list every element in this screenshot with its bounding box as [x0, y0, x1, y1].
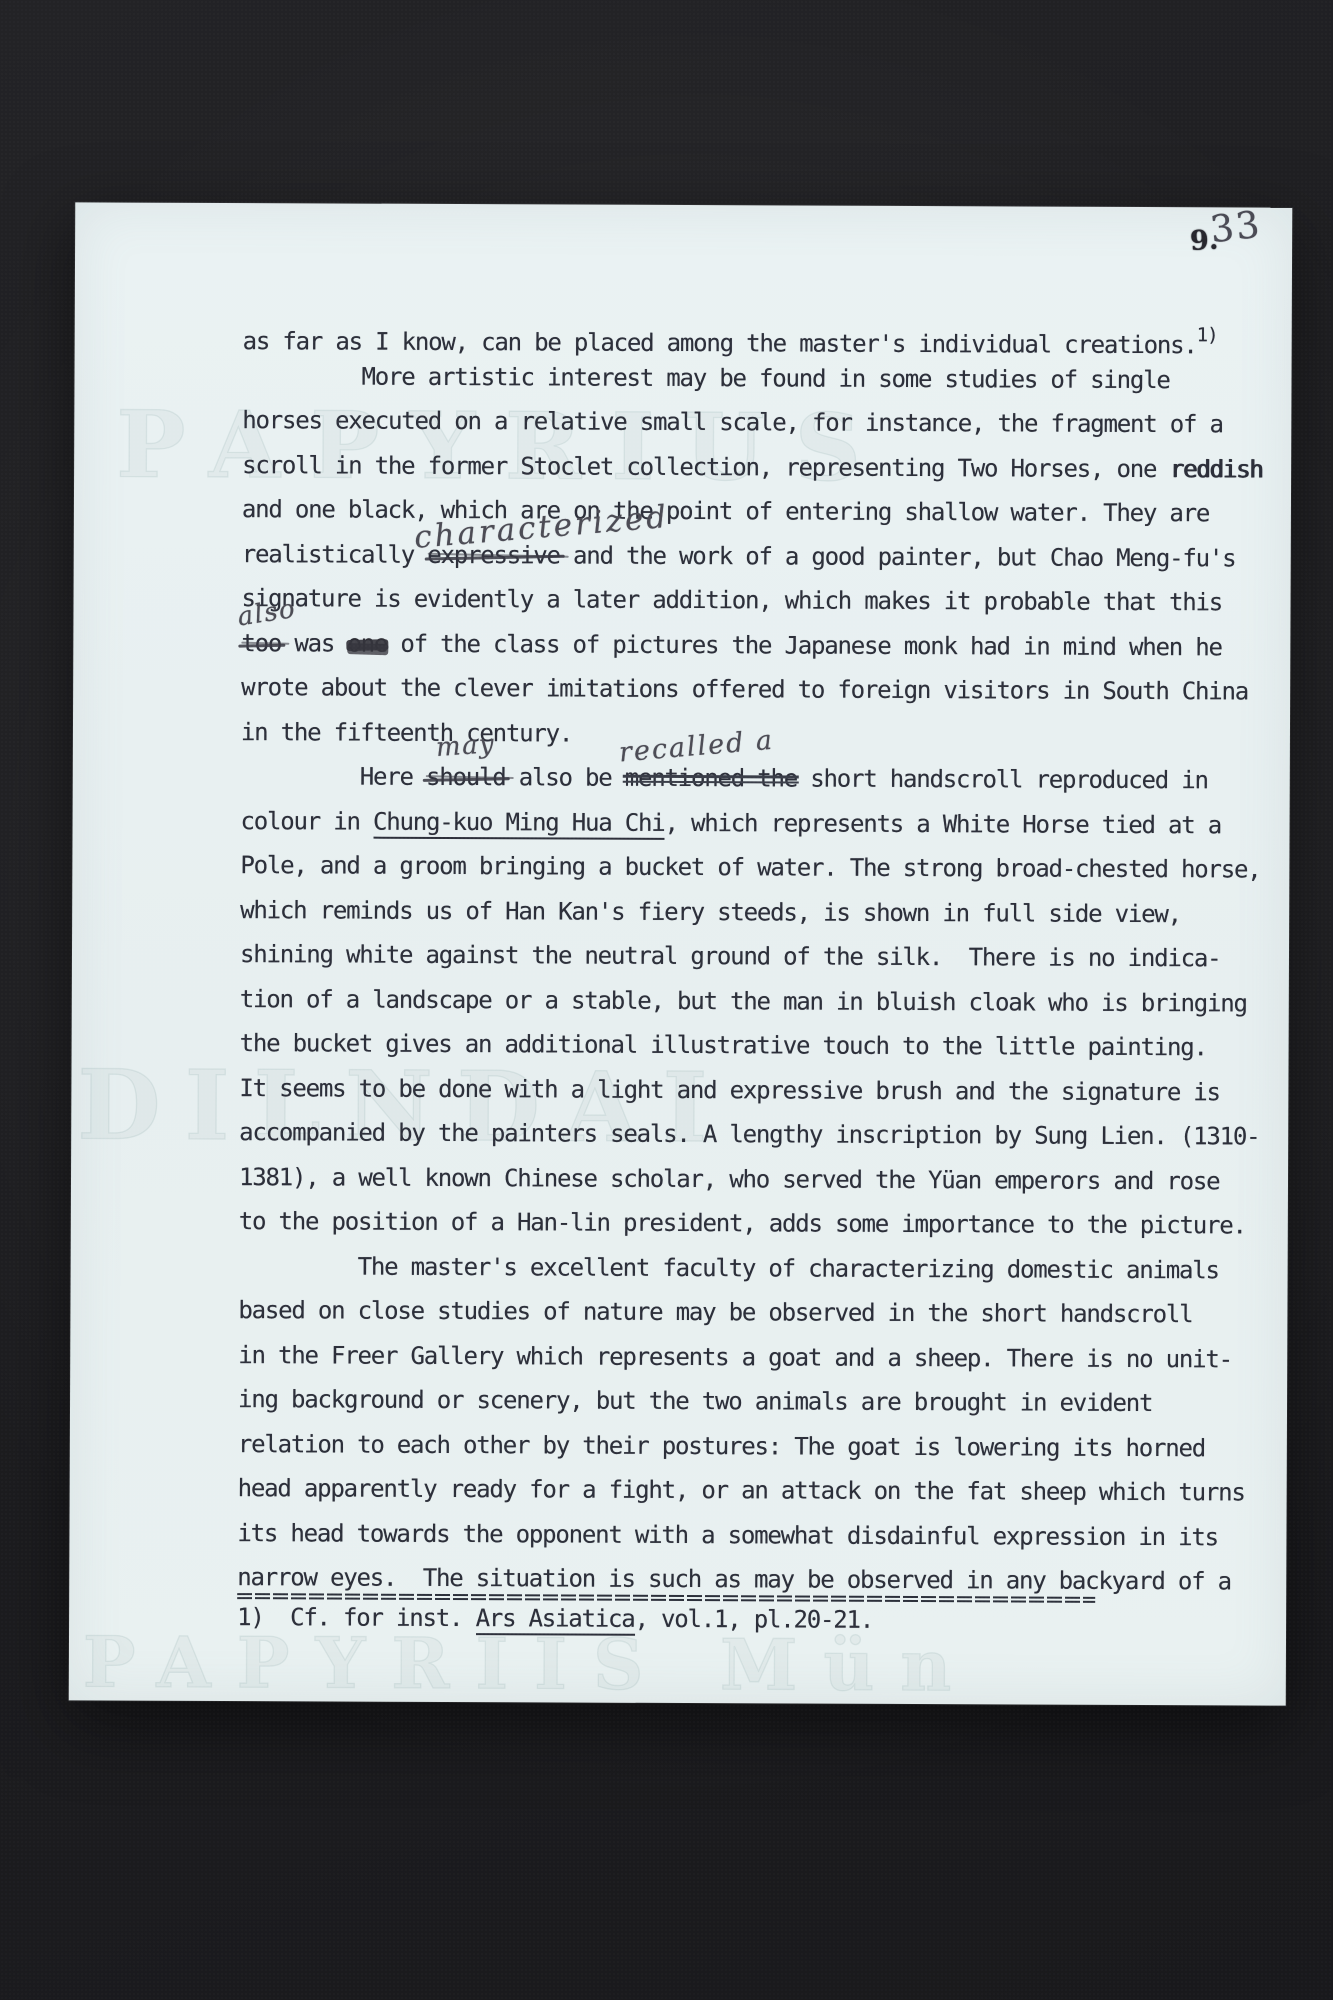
text-run: the bucket gives an additional illustrat… [240, 1029, 1207, 1061]
text-line: head apparently ready for a fight, or an… [238, 1466, 1254, 1515]
text-line: in the Freer Gallery which represents a … [238, 1333, 1254, 1382]
text-line: It seems to be done with a light and exp… [239, 1066, 1255, 1115]
text-line: relation to each other by their postures… [238, 1422, 1254, 1471]
text-run: Here [360, 763, 426, 791]
text-line: Pole, and a groom bringing a bucket of w… [240, 843, 1256, 892]
text-run: in the fifteenth century. [241, 718, 572, 747]
text-run: horses executed on a relative small scal… [242, 406, 1223, 438]
text-run: wrote about the clever imitations offere… [241, 673, 1248, 705]
footnote: 1) Cf. for inst. Ars Asiatica, vol.1, pl… [237, 1603, 1253, 1635]
struck-out-word: shouldmay [426, 763, 506, 791]
text-run: of the class of pictures the Japanese mo… [387, 629, 1222, 661]
text-line: to the position of a Han-lin president, … [239, 1199, 1255, 1248]
text-line: scroll in the former Stoclet collection,… [242, 443, 1258, 492]
bleedthrough-ghost-text: PAPYRIUSDILNDAIPAPYRIIS Mün [75, 202, 1292, 207]
text-line: the bucket gives an additional illustrat… [240, 1021, 1256, 1070]
text-run: based on close studies of nature may be … [238, 1296, 1192, 1328]
photo-background: 9. 33 PAPYRIUSDILNDAIPAPYRIIS Mün as far… [0, 0, 1333, 2000]
footnote-marker: 1) [1197, 324, 1218, 346]
text-run: tion of a landscape or a stable, but the… [240, 985, 1247, 1017]
text-line: 1381), a well known Chinese scholar, who… [239, 1155, 1255, 1204]
text-line: colour in Chung-kuo Ming Hua Chi, which … [240, 799, 1256, 848]
struck-out-word: one [347, 629, 387, 657]
text-line: ing background or scenery, but the two a… [238, 1377, 1254, 1426]
text-run: realistically [242, 540, 428, 569]
text-run: , which represents a White Horse tied at… [664, 808, 1221, 838]
text-run: ing background or scenery, but the two a… [238, 1385, 1152, 1417]
text-run: its head towards the opponent with a som… [237, 1519, 1218, 1551]
text-line: More artistic interest may be found in s… [242, 354, 1258, 403]
text-line: tooalso was one of the class of pictures… [241, 621, 1257, 670]
text-line: The master's excellent faculty of charac… [239, 1244, 1255, 1293]
text-line: based on close studies of nature may be … [238, 1288, 1254, 1337]
text-run: relation to each other by their postures… [238, 1430, 1205, 1462]
text-line: its head towards the opponent with a som… [237, 1511, 1253, 1560]
handwritten-correction: also [234, 587, 299, 640]
text-run: was [281, 629, 347, 657]
text-run: 1381), a well known Chinese scholar, who… [239, 1163, 1220, 1195]
text-line: which reminds us of Han Kan's fiery stee… [240, 888, 1256, 937]
struck-out-word: mentioned therecalled a [625, 764, 797, 793]
text-run: reddish [1170, 455, 1263, 483]
text-line: tion of a landscape or a stable, but the… [240, 977, 1256, 1026]
text-run: colour in [241, 807, 374, 836]
handwritten-correction: may [435, 722, 497, 770]
text-run: and the work of a good painter, but Chao… [560, 541, 1236, 572]
text-line: wrote about the clever imitations offere… [241, 665, 1257, 714]
text-line: and one black, which are on the point of… [242, 487, 1258, 536]
text-run: 1) Cf. for inst. [237, 1603, 476, 1632]
text-run: scroll in the former Stoclet collection,… [242, 451, 1170, 483]
document-page: 9. 33 PAPYRIUSDILNDAIPAPYRIIS Mün as far… [69, 202, 1293, 1705]
underlined-title: Ars Asiatica [476, 1604, 635, 1636]
page-number: 33 [1208, 203, 1264, 252]
text-line: Here shouldmay also be mentioned thereca… [241, 754, 1257, 803]
text-line: realistically expressivecharacterized an… [242, 532, 1258, 581]
text-run: to the position of a Han-lin president, … [239, 1207, 1246, 1239]
text-run: Pole, and a groom bringing a bucket of w… [240, 851, 1260, 883]
page-number-block: 9. 33 [1158, 203, 1278, 274]
struck-out-word: expressivecharacterized [427, 540, 560, 569]
text-run: More artistic interest may be found in s… [361, 362, 1169, 394]
text-run: shining white against the neutral ground… [240, 940, 1221, 972]
text-run: also be [505, 763, 624, 792]
typewritten-text: as far as I know, can be placed among th… [237, 309, 1259, 1604]
text-line: horses executed on a relative small scal… [242, 398, 1258, 447]
text-line: signature is evidently a later addition,… [241, 576, 1257, 625]
text-run: It seems to be done with a light and exp… [239, 1074, 1220, 1106]
text-run: accompanied by the painters seals. A len… [239, 1118, 1259, 1150]
text-run: and one black, which are on the point of… [242, 495, 1209, 527]
text-run: as far as I know, can be placed among th… [243, 327, 1197, 359]
text-line: shining white against the neutral ground… [240, 932, 1256, 981]
text-run: signature is evidently a later addition,… [241, 584, 1222, 616]
text-line: as far as I know, can be placed among th… [243, 309, 1259, 358]
text-run: head apparently ready for a fight, or an… [238, 1474, 1245, 1506]
text-run: in the Freer Gallery which represents a … [238, 1341, 1232, 1373]
text-run: short handscroll reproduced in [797, 765, 1208, 795]
struck-out-word: tooalso [241, 629, 281, 657]
underlined-title: Chung-kuo Ming Hua Chi [373, 807, 665, 839]
text-run: narrow eyes. The situation is such as ma… [237, 1563, 1231, 1595]
text-line: accompanied by the painters seals. A len… [239, 1110, 1255, 1159]
text-run: The master's excellent faculty of charac… [358, 1252, 1219, 1284]
text-run: , vol.1, pl.20-21. [635, 1605, 874, 1634]
text-run: which reminds us of Han Kan's fiery stee… [240, 896, 1181, 928]
